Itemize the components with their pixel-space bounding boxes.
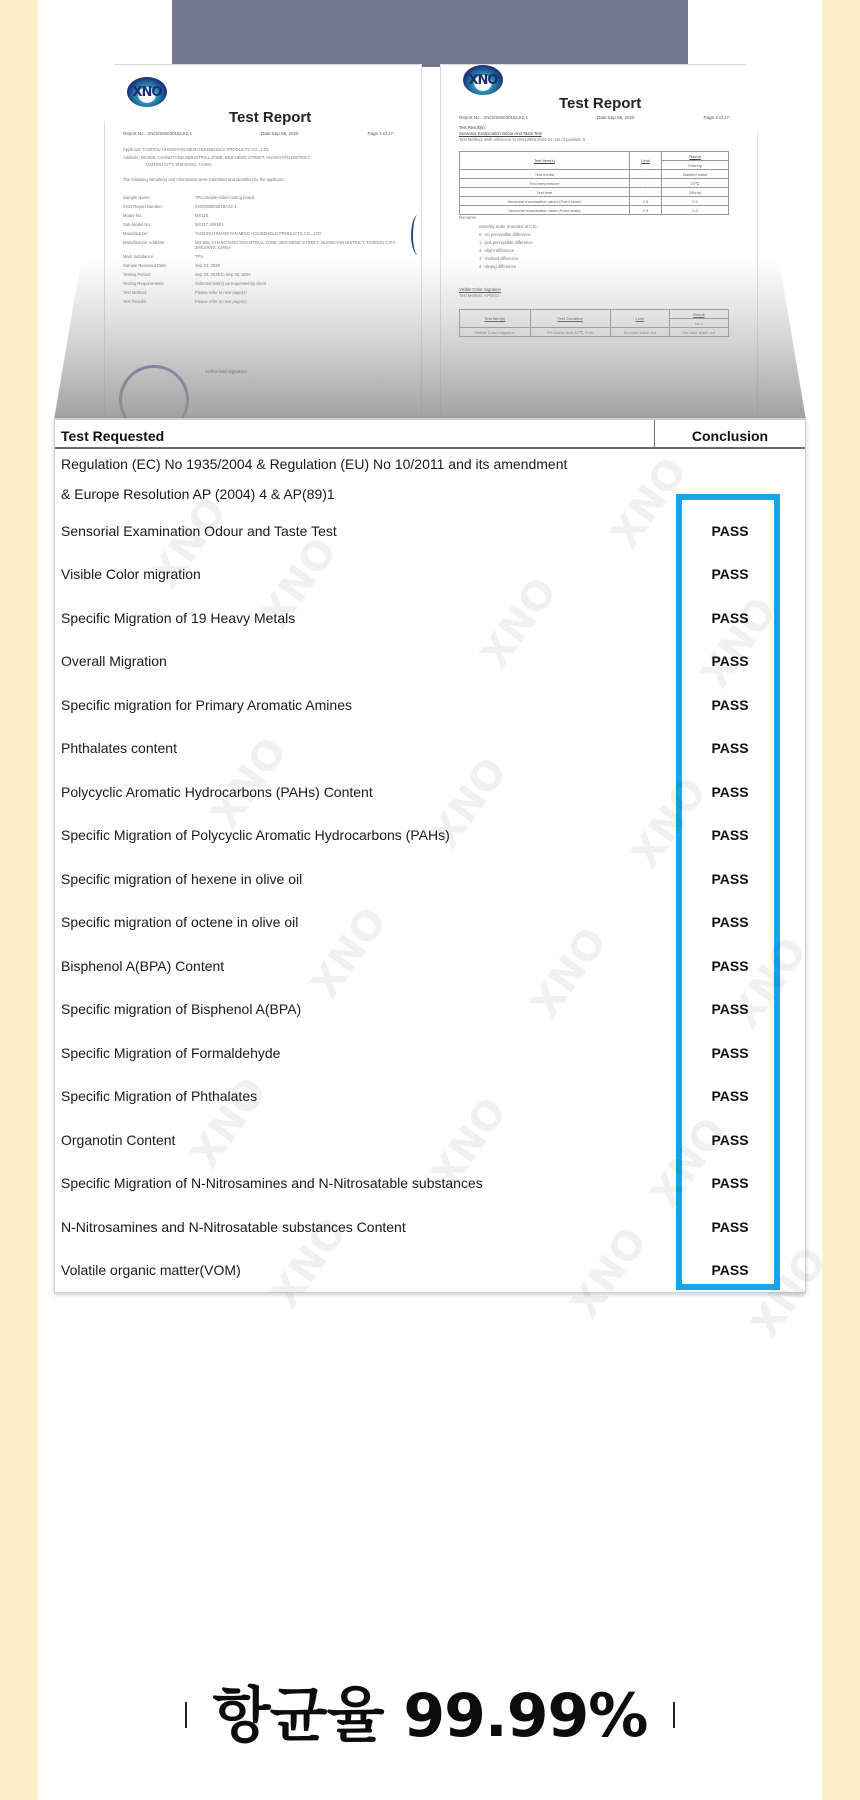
table-row: Specific Migration of N-Nitrosamines and… (55, 1162, 805, 1206)
conclusion-pass: PASS (655, 1045, 805, 1061)
conclusion-pass: PASS (655, 610, 805, 626)
conclusion-pass: PASS (655, 740, 805, 756)
table-row: Polycyclic Aromatic Hydrocarbons (PAHs) … (55, 770, 805, 814)
sub-header: No.1 (669, 319, 728, 328)
table-row: Phthalates contentPASS (55, 727, 805, 771)
regulation-row: Regulation (EC) No 1935/2004 & Regulatio… (55, 449, 805, 479)
col-header: Limit (629, 152, 661, 170)
field-label: Manufacturer: (123, 231, 195, 236)
field-value: Selected test(s) as requested by client (195, 281, 403, 286)
results-heading: Test Result(s): (459, 125, 486, 130)
cell: 2.5 (629, 206, 661, 215)
xno-logo-icon: XNO (463, 65, 503, 95)
table-row: Specific migration of octene in olive oi… (55, 901, 805, 945)
test-name: Volatile organic matter(VOM) (55, 1262, 655, 1278)
conclusion-pass: PASS (655, 653, 805, 669)
cell: Test time (460, 188, 630, 197)
cell: No color leach out (610, 328, 669, 337)
conclusion-pass: PASS (655, 1219, 805, 1235)
remark-line: 1 - just perceptible difference (479, 239, 538, 247)
table-row: N-Nitrosamines and N-Nitrosatable substa… (55, 1205, 805, 1249)
xno-logo-icon: XNO (127, 77, 167, 107)
table-row: Test media-Distilled water (460, 170, 729, 179)
table-row: Organotin ContentPASS (55, 1118, 805, 1162)
table-row: Specific Migration of FormaldehydePASS (55, 1031, 805, 1075)
cell: Test media (460, 170, 630, 179)
report-title: Test Report (229, 109, 311, 126)
test-report-preview: XNO Test Report Report No.: XNO250903018… (54, 64, 806, 420)
field-value: TPU (195, 254, 403, 259)
sensorial-result-table: Test Item(s)LimitResultEntiretyTest medi… (459, 151, 729, 215)
field-label: Main Substance: (123, 254, 195, 259)
remark-line: Intensity scale (rounded at 0.5): (479, 223, 538, 231)
field-value: MX118 (195, 213, 403, 218)
conclusion-pass: PASS (655, 1262, 805, 1278)
company-seal-icon (119, 365, 189, 420)
address-line-1: Address: NO.828, CHANGTANG INDUSTRIAL ZO… (123, 155, 311, 160)
table-row: Specific migration of hexene in olive oi… (55, 857, 805, 901)
divider-left (185, 1702, 187, 1728)
cell: No color leach out (669, 328, 728, 337)
report-meta: Report No.: XNO250903018AX2-1 Date:Sep 0… (459, 115, 729, 120)
test-name: Specific Migration of N-Nitrosamines and… (55, 1175, 655, 1191)
cell: 3% Acetic acid 40℃, 0.5h (530, 328, 610, 337)
table-row: Specific Migration of PhthalatesPASS (55, 1075, 805, 1119)
field-value: Sep 03, 2025 to Sep 08, 2025 (195, 272, 403, 277)
field-value: TAIZHOU HUANGYAN MEIXI HOUSEHOLD PRODUCT… (195, 231, 403, 236)
table-row: Sensorial examination taste (Point scale… (460, 206, 729, 215)
field-value: TPU double-sided cutting board (195, 195, 403, 200)
regulation-line-1: Regulation (EC) No 1935/2004 & Regulatio… (55, 456, 655, 472)
report-title: Test Report (559, 95, 641, 112)
test-name: Visible Color migration (55, 566, 655, 582)
field-value: Please refer to next page(s) (195, 290, 403, 295)
test-name: Specific migration for Primary Aromatic … (55, 697, 655, 713)
test-name: Specific migration of Bisphenol A(BPA) (55, 1001, 655, 1017)
cell: - (629, 179, 661, 188)
remark-line: 0 - no perceptible difference (479, 231, 538, 239)
conclusion-pass: PASS (655, 827, 805, 843)
field-label: XNO Report Number: (123, 204, 195, 209)
section-2-method: Test Method: AP(89)1 (459, 293, 499, 298)
report-page-3: XNO Test Report Report No.: XNO250903018… (440, 64, 758, 420)
section-1-method: Test Method: With reference to DIN10955:… (459, 137, 585, 142)
signature-label: Authorized signature (205, 369, 247, 374)
cell: 24hr(s) (662, 188, 729, 197)
headline-text: 항균율 99.99% (213, 1681, 648, 1751)
conclusion-pass: PASS (655, 1088, 805, 1104)
table-row: Test time-24hr(s) (460, 188, 729, 197)
field-label: Model No.: (123, 213, 195, 218)
applicant: Applicant: TAIZHOU HUANGYAN MEIXI HOUSEH… (123, 147, 269, 152)
antibacterial-headline: 항균율 99.99% (0, 1668, 860, 1754)
conclusion-pass: PASS (655, 958, 805, 974)
test-name: Specific Migration of Polycyclic Aromati… (55, 827, 655, 843)
field-label: Sample Name: (123, 195, 195, 200)
remarks-label: Remarks: (459, 215, 477, 220)
cell: Sensorial examination odour (Point scale… (460, 197, 630, 206)
field-value: Please refer to next page(s) (195, 299, 403, 304)
cell: 0.0 (662, 197, 729, 206)
field-value: Sep 03, 2025 (195, 263, 403, 268)
cell: Distilled water (662, 170, 729, 179)
conclusion-pass: PASS (655, 697, 805, 713)
header-test-requested: Test Requested (55, 420, 655, 447)
field-label: Sample Received Date: (123, 263, 195, 268)
table-row: Specific Migration of 19 Heavy MetalsPAS… (55, 596, 805, 640)
field-value: MX117, MX501 (195, 222, 403, 227)
field-value: NO.828, CHANGTANG INDUSTRIAL ZONE, BEICH… (195, 240, 403, 250)
section-2-title: Visible Color migration (459, 287, 501, 292)
table-row: Specific Migration of Polycyclic Aromati… (55, 814, 805, 858)
col-header: Test Item(s) (460, 310, 531, 328)
table-row: Sensorial Examination Odour and Taste Te… (55, 509, 805, 553)
test-name: Organotin Content (55, 1132, 655, 1148)
col-header: Test Condition (530, 310, 610, 328)
address-line-2: TAIZHOU CITY, ZHEJIANG, CHINA (145, 162, 212, 167)
conclusion-pass: PASS (655, 1001, 805, 1017)
report-meta: Report No.: XNO250903018AX2-1 Date:Sep 0… (123, 131, 393, 136)
section-1-title: Sensorial Examination Odour And Taste Te… (459, 131, 542, 136)
table-row: Specific migration for Primary Aromatic … (55, 683, 805, 727)
cell: - (629, 170, 661, 179)
conclusion-pass: PASS (655, 523, 805, 539)
col-header: Test Item(s) (460, 152, 630, 170)
field-label: Manufacturer Address: (123, 240, 195, 250)
conclusion-pass: PASS (655, 1132, 805, 1148)
field-value: XNO250903018AX2-1 (195, 204, 403, 209)
conclusion-pass: PASS (655, 871, 805, 887)
table-row: Sensorial examination odour (Point scale… (460, 197, 729, 206)
field-label: Test Results: (123, 299, 195, 304)
field-label: Test Method: (123, 290, 195, 295)
conclusion-pass: PASS (655, 566, 805, 582)
remark-line: 2 - slight difference (479, 247, 538, 255)
table-row: Volatile organic matter(VOM)PASS (55, 1249, 805, 1293)
cell: 23℃ (662, 179, 729, 188)
table-row: Overall MigrationPASS (55, 640, 805, 684)
test-name: Specific migration of hexene in olive oi… (55, 871, 655, 887)
field-label: Testing Period: (123, 272, 195, 277)
result-rows: Sensorial Examination Odour and Taste Te… (55, 509, 805, 1292)
binding-arc (411, 215, 422, 255)
test-results-table: Test Requested Conclusion Regulation (EC… (54, 418, 806, 1293)
test-name: N-Nitrosamines and N-Nitrosatable substa… (55, 1219, 655, 1235)
intro-text: The following sample(s) and information … (123, 177, 285, 182)
remarks-list: Intensity scale (rounded at 0.5):0 - no … (479, 223, 538, 271)
test-name: Bisphenol A(BPA) Content (55, 958, 655, 974)
regulation-line-2: & Europe Resolution AP (2004) 4 & AP(89)… (55, 486, 655, 502)
conclusion-pass: PASS (655, 914, 805, 930)
regulation-row: & Europe Resolution AP (2004) 4 & AP(89)… (55, 479, 805, 509)
conclusion-pass: PASS (655, 784, 805, 800)
conclusion-pass: PASS (655, 1175, 805, 1191)
sub-header: Entirety (662, 161, 729, 170)
table-row: Specific migration of Bisphenol A(BPA)PA… (55, 988, 805, 1032)
table-row: Visible Color migrationPASS (55, 553, 805, 597)
test-name: Sensorial Examination Odour and Taste Te… (55, 523, 655, 539)
color-migration-table: Test Item(s)Test ConditionLimitResultNo.… (459, 309, 729, 337)
sample-info: Sample Name:TPU double-sided cutting boa… (123, 195, 403, 304)
cell: Sensorial examination taste (Point scale… (460, 206, 630, 215)
col-header: Result (669, 310, 728, 319)
remark-line: 4 - strong difference (479, 263, 538, 271)
test-name: Polycyclic Aromatic Hydrocarbons (PAHs) … (55, 784, 655, 800)
table-row: Bisphenol A(BPA) ContentPASS (55, 944, 805, 988)
test-name: Overall Migration (55, 653, 655, 669)
table-row: Visible Color migration3% Acetic acid 40… (460, 328, 729, 337)
header-conclusion: Conclusion (655, 420, 805, 447)
table-header: Test Requested Conclusion (55, 419, 805, 449)
cell: 2.5 (629, 197, 661, 206)
test-name: Phthalates content (55, 740, 655, 756)
col-header: Result (662, 152, 729, 161)
divider-right (673, 1702, 675, 1728)
col-header: Limit (610, 310, 669, 328)
cell: Visible Color migration (460, 328, 531, 337)
cell: - (629, 188, 661, 197)
field-label: Testing Requirements: (123, 281, 195, 286)
field-label: Sub-Model No.: (123, 222, 195, 227)
cell: Test temperature (460, 179, 630, 188)
table-row: Test temperature-23℃ (460, 179, 729, 188)
test-name: Specific Migration of 19 Heavy Metals (55, 610, 655, 626)
cell: 0.0 (662, 206, 729, 215)
table-row: Test Item(s)Test ConditionLimitResult (460, 310, 729, 319)
table-row: Test Item(s)LimitResult (460, 152, 729, 161)
remark-line: 3 - marked difference (479, 255, 538, 263)
report-page-1: XNO Test Report Report No.: XNO250903018… (104, 64, 422, 420)
test-name: Specific migration of octene in olive oi… (55, 914, 655, 930)
top-banner-block (172, 0, 688, 67)
test-name: Specific Migration of Formaldehyde (55, 1045, 655, 1061)
test-name: Specific Migration of Phthalates (55, 1088, 655, 1104)
